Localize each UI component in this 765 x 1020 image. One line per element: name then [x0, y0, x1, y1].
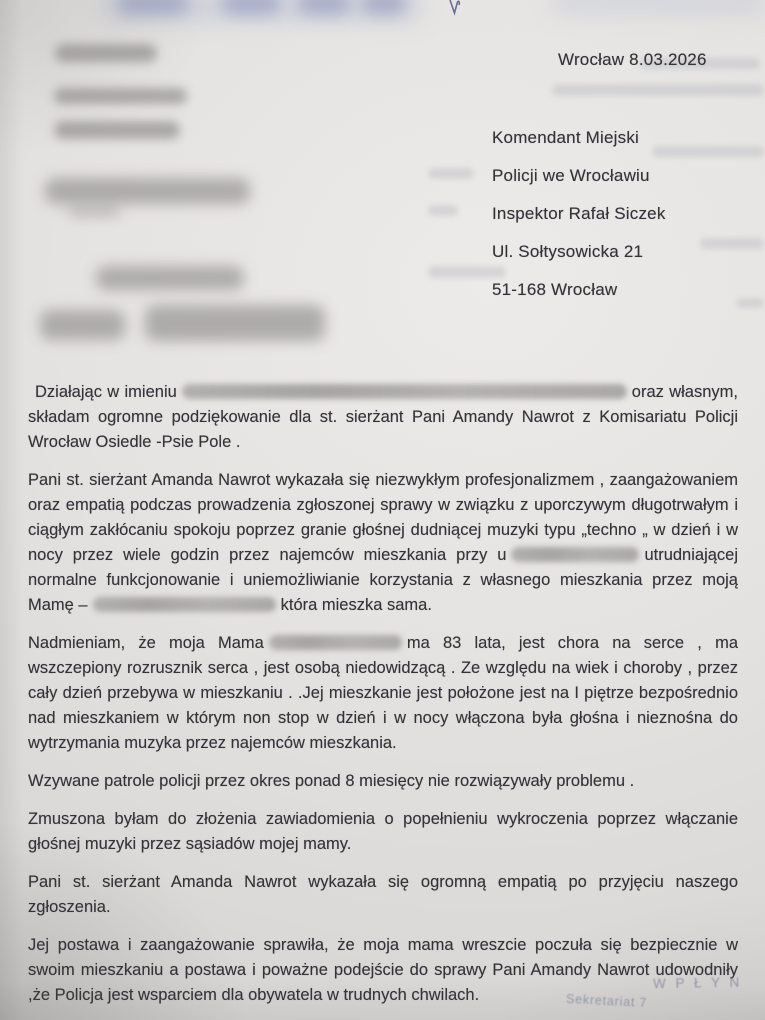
p1-text-pre: Działając w imieniu — [35, 383, 177, 401]
recipient-block: Komendant Miejski Policji we Wrocławiu I… — [492, 119, 666, 309]
recipient-person: Inspektor Rafał Siczek — [492, 195, 666, 233]
recipient-city: 51-168 Wrocław — [492, 271, 666, 309]
top-blue-blur-3 — [298, 0, 350, 14]
bleed-through-blob — [736, 298, 764, 308]
sender-redaction-handwriting-1 — [45, 178, 250, 204]
bleed-through-blob — [428, 168, 474, 179]
letter-body: Działając w imieniuoraz własnym, składam… — [28, 380, 738, 1020]
recipient-org: Policji we Wrocławiu — [492, 157, 666, 195]
top-blue-blur-2 — [222, 0, 280, 14]
bleed-through-blob — [428, 205, 458, 216]
sender-redaction-handwriting-2 — [68, 204, 120, 217]
sender-redaction-signature-1 — [40, 310, 125, 340]
paragraph-5: Zmuszona byłam do złożenia zawiadomienia… — [28, 807, 738, 857]
date-line: Wrocław 8.03.2026 — [558, 50, 707, 70]
paragraph-2: Pani st. sierżant Amanda Nawrot wykazała… — [28, 468, 738, 618]
paragraph-6: Pani st. sierżant Amanda Nawrot wykazała… — [28, 870, 738, 920]
paragraph-3: Nadmieniam, że moja Mamama 83 lata, jest… — [28, 631, 738, 756]
p3-text-pre: Nadmieniam, że moja Mama — [28, 634, 264, 652]
paragraph-4: Wzywane patrole policji przez okres pona… — [28, 769, 738, 794]
p2-text-post: która mieszka sama. — [281, 596, 432, 614]
recipient-title: Komendant Miejski — [492, 119, 666, 157]
sender-redaction-line-1 — [55, 44, 157, 62]
pen-mark-icon — [447, 0, 463, 17]
paragraph-1: Działając w imieniuoraz własnym, składam… — [28, 380, 738, 455]
inline-redaction-name-3 — [269, 635, 402, 650]
recipient-street: Ul. Sołtysowicka 21 — [492, 233, 666, 271]
bleed-through-blob — [652, 146, 764, 157]
top-blue-blur-4 — [362, 0, 406, 14]
sender-redaction-signature-2 — [145, 305, 325, 341]
reception-stamp-text: W P Ł Y N — [653, 974, 765, 991]
sender-redaction-handwriting-3 — [96, 266, 244, 290]
sender-redaction-line-3 — [54, 121, 180, 139]
bleed-through-blob — [700, 238, 764, 249]
inline-redaction-name-1 — [182, 384, 627, 399]
top-blue-blur-1 — [118, 0, 188, 14]
sender-redaction-line-2 — [54, 88, 187, 104]
inline-redaction-name-2 — [93, 597, 276, 612]
inline-redaction-address — [511, 547, 639, 562]
top-blue-blur-right — [552, 0, 765, 14]
letter-photo: Wrocław 8.03.2026 Komendant Miejski Poli… — [0, 0, 765, 1020]
bleed-through-blob — [552, 84, 764, 96]
